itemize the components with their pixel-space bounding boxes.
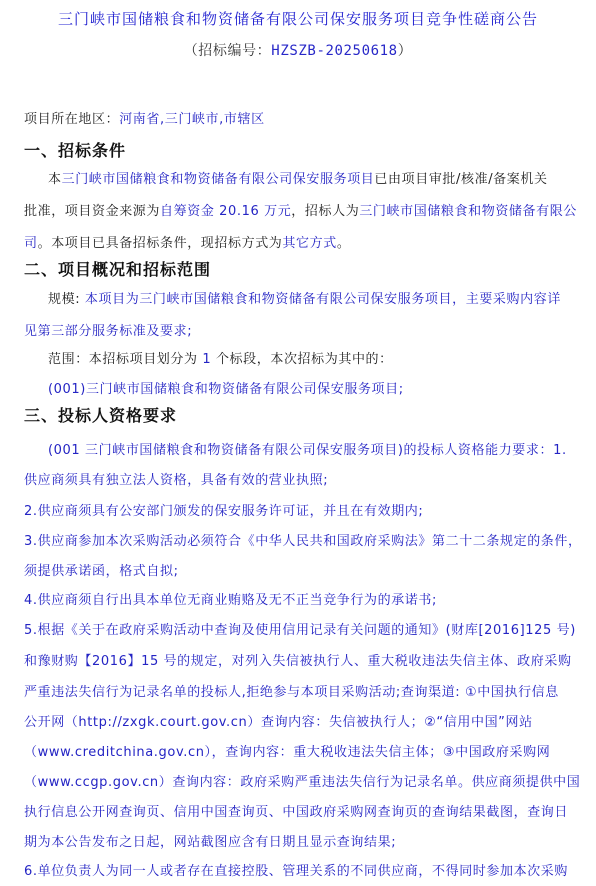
project-location: 项目所在地区：河南省,三门峡市,市辖区 xyxy=(24,112,265,128)
section1-para-line2: 批准，项目资金来源为自筹资金 20.16 万元，招标人为三门峡市国储粮食和物资储… xyxy=(24,204,577,220)
range-line: 范围：本招标项目划分为 1 个标段，本次招标为其中的： xyxy=(48,352,393,368)
qualification-line: 严重违法失信行为记录名单的投标人,拒绝参与本项目采购活动;查询渠道: ①中国执行… xyxy=(24,685,559,701)
qualification-line: 3.供应商参加本次采购活动必须符合《中华人民共和国政府采购法》第二十二条规定的条… xyxy=(24,534,582,550)
qualification-line: （www.ccgp.gov.cn）查询内容：政府采购严重违法失信行为记录名单。供… xyxy=(24,775,580,791)
qualification-line: 5.根据《关于在政府采购活动中查询及使用信用记录有关问题的通知》(财库[2016… xyxy=(24,623,576,639)
scale-line1: 规模: 本项目为三门峡市国储粮食和物资储备有限公司保安服务项目，主要采购内容详 xyxy=(48,292,561,308)
qualification-line: (001 三门峡市国储粮食和物资储备有限公司保安服务项目)的投标人资格能力要求：… xyxy=(48,443,567,459)
lot-line: (001)三门峡市国储粮食和物资储备有限公司保安服务项目; xyxy=(48,382,404,398)
location-label: 项目所在地区： xyxy=(24,112,119,127)
section-heading-2: 二、项目概况和招标范围 xyxy=(24,262,211,278)
section-heading-3: 三、投标人资格要求 xyxy=(24,408,177,424)
section1-para-line1: 本三门峡市国储粮食和物资储备有限公司保安服务项目已由项目审批/核准/备案机关 xyxy=(48,172,548,188)
qualification-line: 执行信息公开网查询页、信用中国查询页、中国政府采购网查询页的查询结果截图，查询日 xyxy=(24,805,568,821)
section-heading-1: 一、招标条件 xyxy=(24,143,126,159)
qualification-line: 须提供承诺函，格式自拟; xyxy=(24,564,179,580)
qualification-line: 2.供应商须具有公安部门颁发的保安服务许可证，并且在有效期内; xyxy=(24,504,423,520)
qualification-line: 4.供应商须自行出具本单位无商业贿赂及无不正当竞争行为的承诺书; xyxy=(24,593,437,609)
page-title: 三门峡市国储粮食和物资储备有限公司保安服务项目竞争性磋商公告 xyxy=(0,11,596,27)
subtitle-prefix: （招标编号： xyxy=(184,43,272,59)
qualification-line: （www.creditchina.gov.cn），查询内容：重大税收违法失信主体… xyxy=(24,745,550,761)
scale-line2: 见第三部分服务标准及要求; xyxy=(24,324,192,340)
tender-code-line: （招标编号：HZSZB-20250618） xyxy=(0,43,596,59)
section1-para-line3: 司。本项目已具备招标条件，现招标方式为其它方式。 xyxy=(24,236,350,252)
qualification-line: 供应商须具有独立法人资格，具备有效的营业执照; xyxy=(24,473,328,489)
tender-code: HZSZB-20250618 xyxy=(271,43,397,59)
qualification-line: 公开网（http://zxgk.court.gov.cn）查询内容：失信被执行人… xyxy=(24,715,533,731)
qualification-line: 和豫财购【2016】15 号的规定，对列入失信被执行人、重大税收违法失信主体、政… xyxy=(24,654,572,670)
qualification-line: 6.单位负责人为同一人或者存在直接控股、管理关系的不同供应商，不得同时参加本次采… xyxy=(24,864,568,880)
location-value: 河南省,三门峡市,市辖区 xyxy=(119,112,264,127)
subtitle-suffix: ） xyxy=(398,43,413,59)
qualification-line: 期为本公告发布之日起，网站截图应含有日期且显示查询结果; xyxy=(24,835,396,851)
